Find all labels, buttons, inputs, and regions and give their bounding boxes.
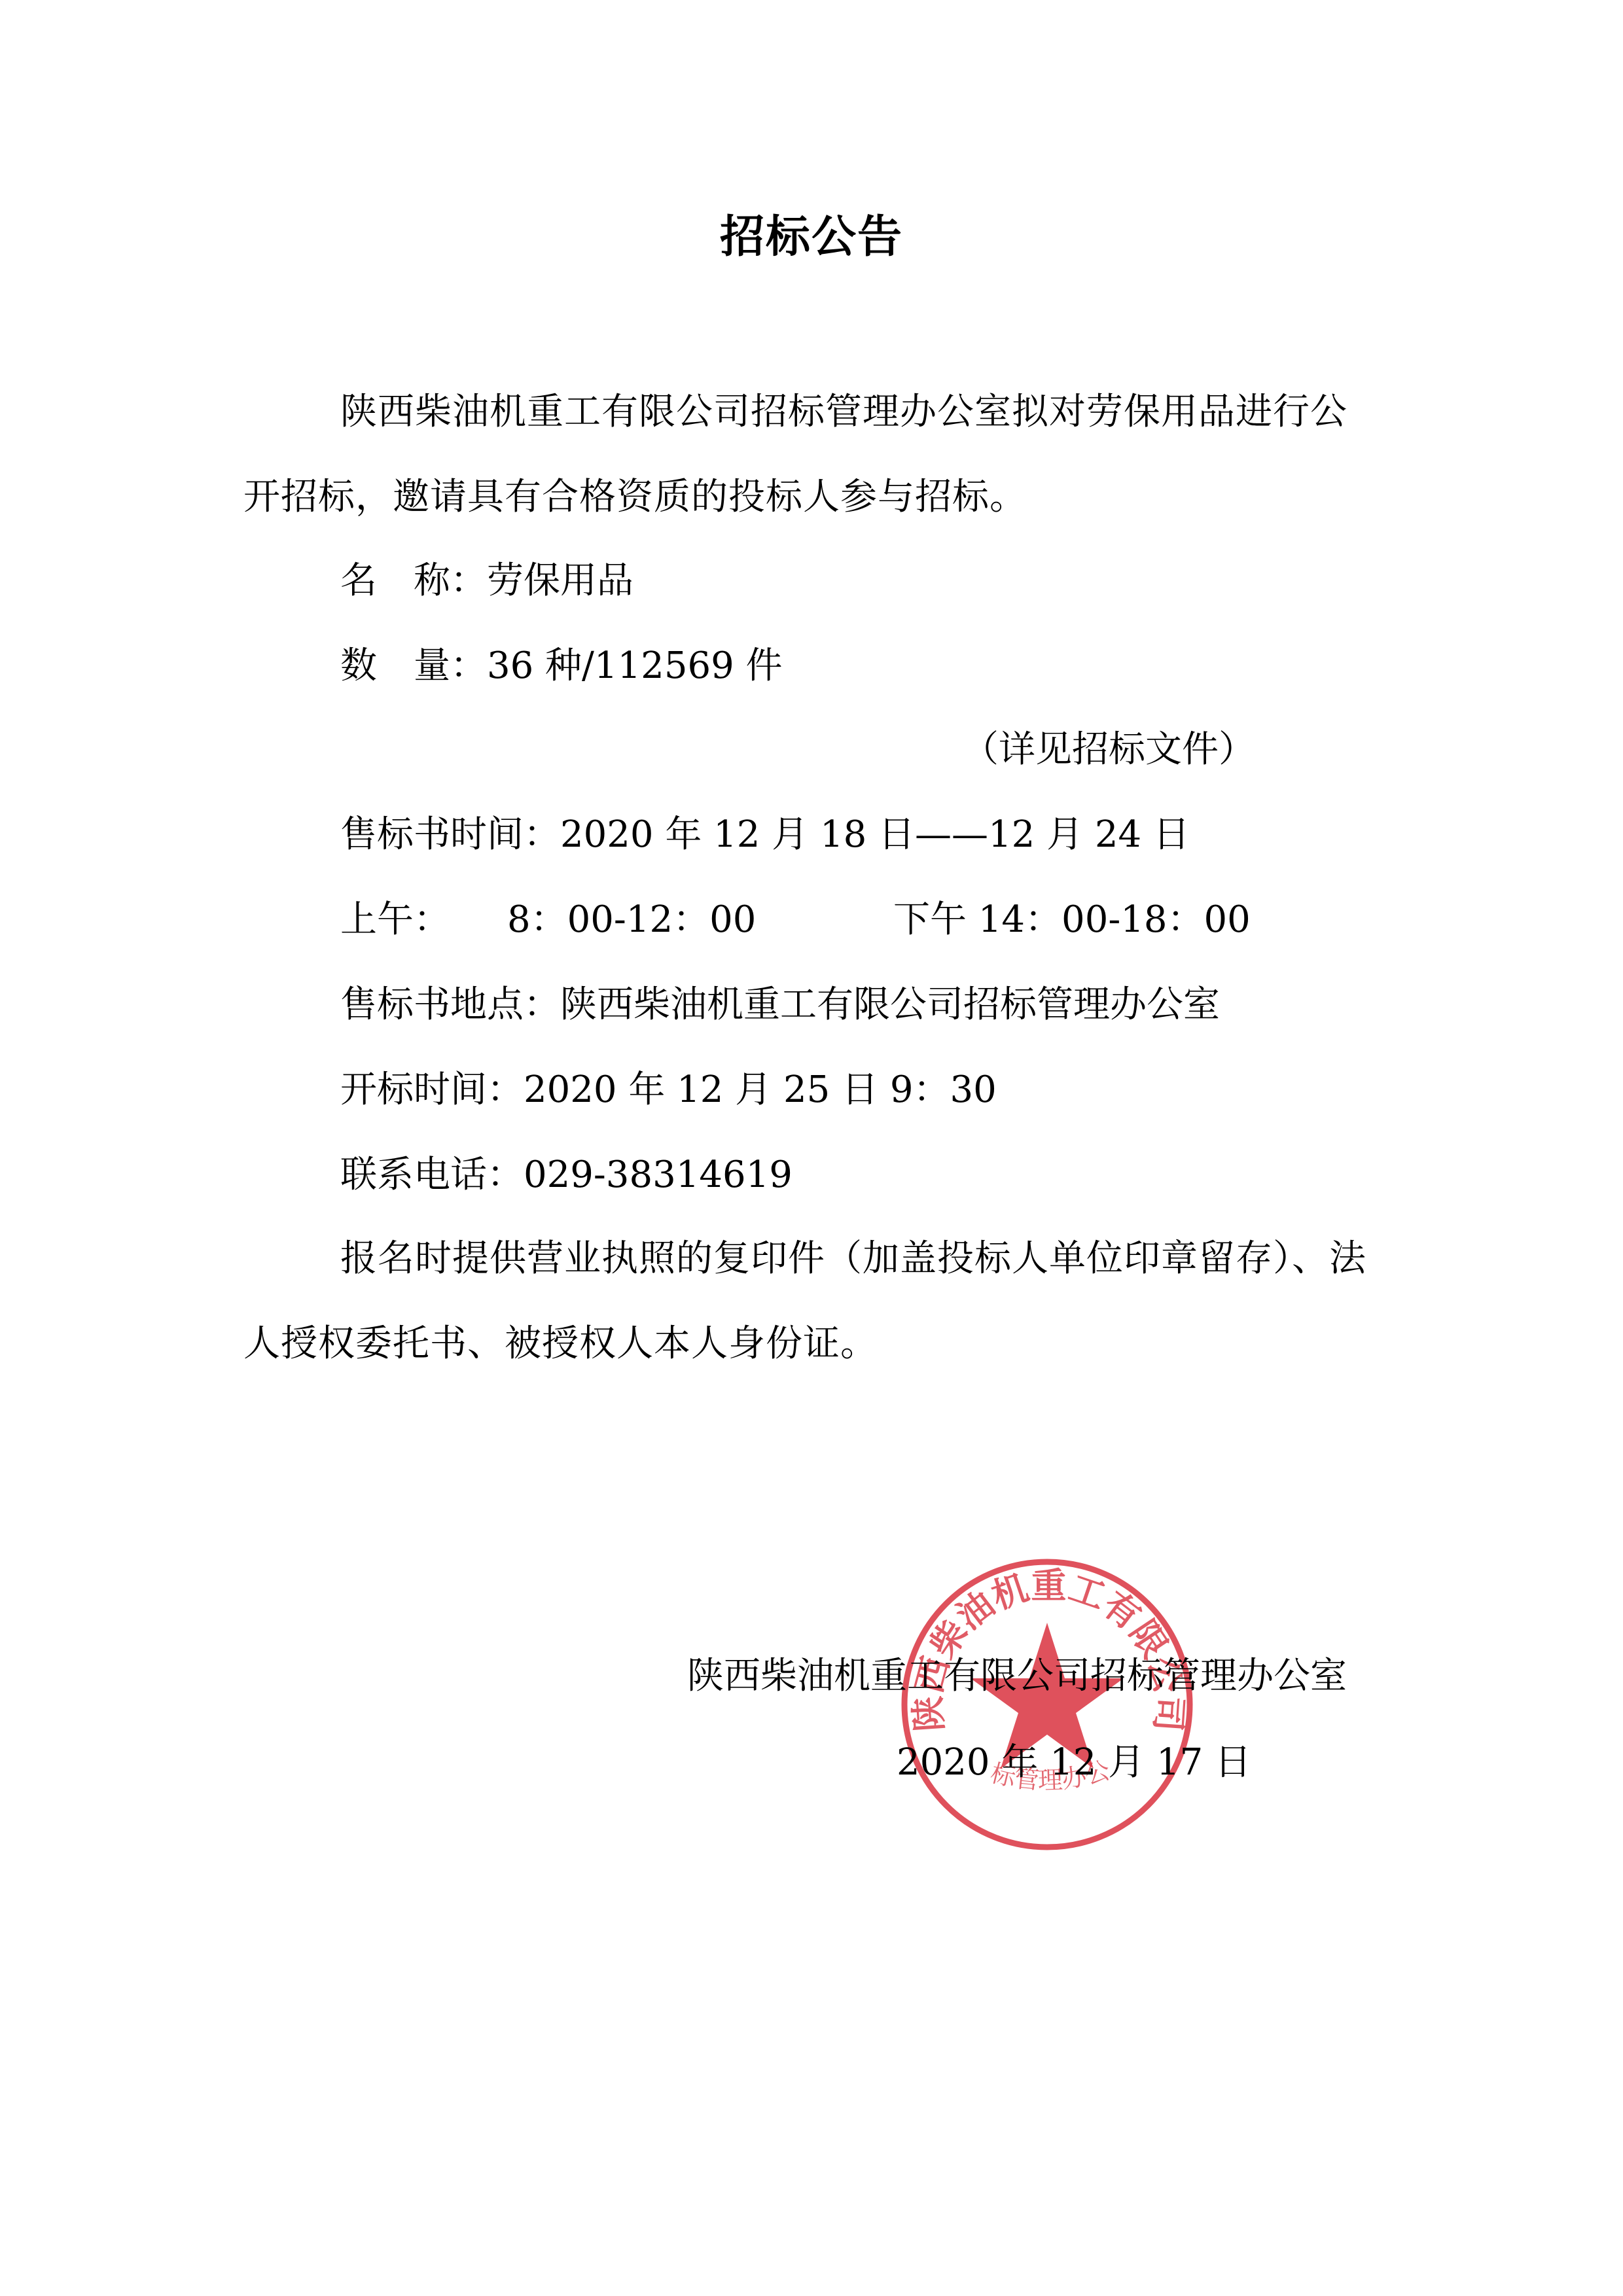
signature-organization: 陕西柴油机重工有限公司招标管理办公室: [687, 1650, 1347, 1703]
field-phone: 联系电话：029-38314619: [340, 1149, 793, 1201]
field-sale-time: 售标书时间：2020 年 12 月 18 日——12 月 24 日: [340, 809, 1190, 861]
field-name: 名 称：劳保用品: [340, 555, 633, 607]
requirements-line-2: 人授权委托书、被授权人本人身份证。: [243, 1318, 878, 1370]
intro-line-2: 开招标，邀请具有合格资质的投标人参与招标。: [243, 471, 1027, 523]
field-opening-time: 开标时间：2020 年 12 月 25 日 9：30: [340, 1064, 997, 1116]
requirements-line-1: 报名时提供营业执照的复印件（加盖投标人单位印章留存）、法: [340, 1233, 1366, 1285]
signature-date: 2020 年 12 月 17 日: [897, 1737, 1251, 1789]
page-title: 招标公告: [0, 208, 1623, 267]
field-quantity: 数 量：36 种/112569 件: [340, 640, 783, 692]
field-business-hours: 上午： 8：00-12：00 下午 14：00-18：00: [340, 894, 450, 946]
morning-label: 上午：: [340, 898, 450, 941]
intro-line-1: 陕西柴油机重工有限公司招标管理办公室拟对劳保用品进行公: [340, 386, 1374, 438]
document-page: 陕西柴油机重工有限公司 招标管理办公室 招标公告 陕西柴油机重工有限公司招标管理…: [0, 0, 1623, 2296]
field-sale-place: 售标书地点：陕西柴油机重工有限公司招标管理办公室: [340, 979, 1220, 1031]
afternoon-hours: 下午 14：00-18：00: [893, 894, 1251, 946]
field-quantity-note: （详见招标文件）: [962, 724, 1255, 776]
morning-hours: 8：00-12：00: [507, 894, 756, 946]
